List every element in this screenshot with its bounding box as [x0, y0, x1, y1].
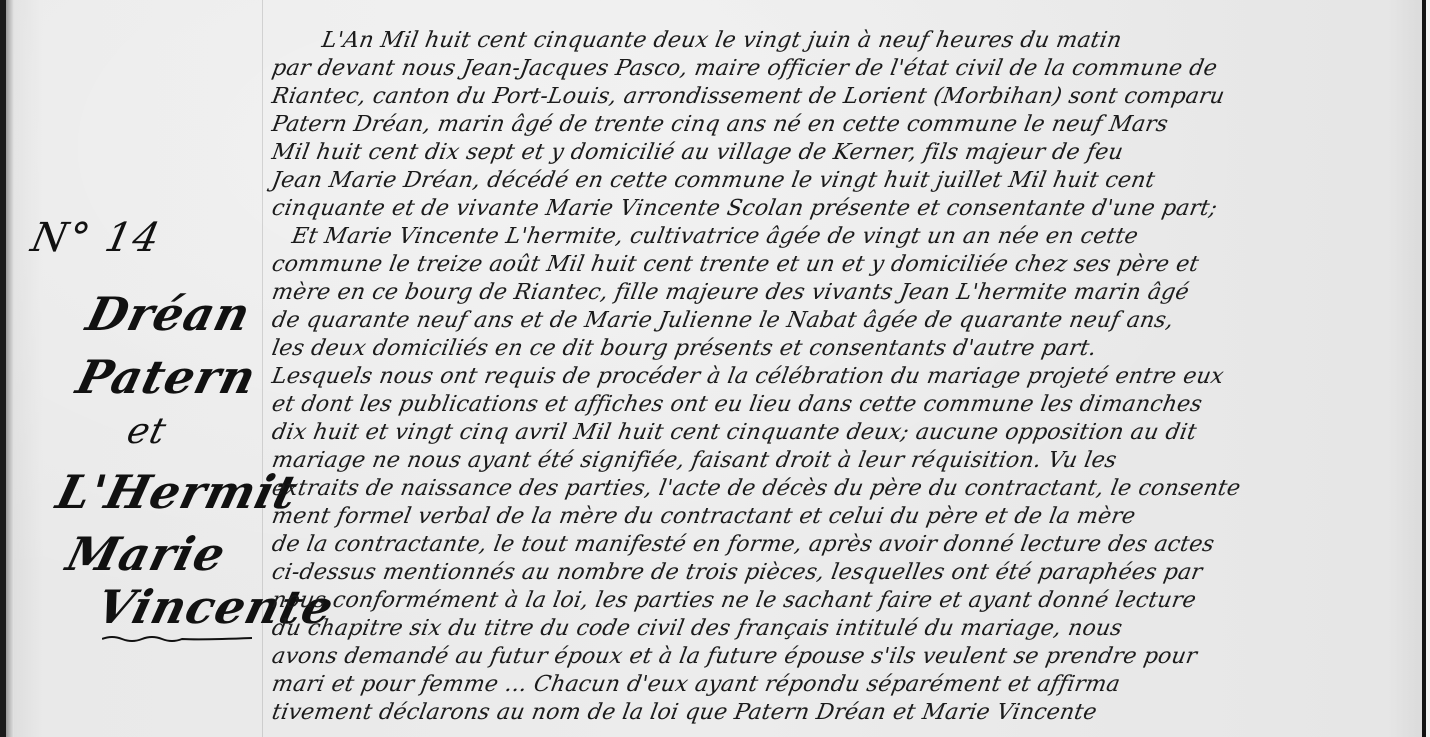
margin-firstname-groom: Patern [71, 350, 262, 404]
body-line: et dont les publications et affiches ont… [270, 392, 1204, 417]
body-line: cinquante et de vivante Marie Vincente S… [270, 196, 1219, 221]
margin-surname-bride: L'Hermit [51, 465, 303, 519]
act-number: N° 14 [27, 215, 165, 261]
body-line: L'An Mil huit cent cinquante deux le vin… [320, 28, 1124, 53]
margin-conjunction: et [123, 411, 171, 452]
body-line: mère en ce bourg de Riantec, fille majeu… [270, 280, 1191, 305]
body-line: de la contractante, le tout manifesté en… [270, 532, 1216, 557]
body-line: extraits de naissance des parties, l'act… [270, 476, 1242, 501]
binding-shadow [6, 0, 14, 737]
body-line: Patern Dréan, marin âgé de trente cinq a… [270, 112, 1170, 137]
body-line: Riantec, canton du Port-Louis, arrondiss… [270, 84, 1226, 109]
body-line: Et Marie Vincente L'hermite, cultivatric… [290, 224, 1140, 249]
body-line: dix huit et vingt cinq avril Mil huit ce… [270, 420, 1198, 445]
body-line: du chapitre six du titre du code civil d… [270, 616, 1124, 641]
body-line: par devant nous Jean-Jacques Pasco, mair… [270, 56, 1219, 81]
body-line: Lesquels nous ont requis de procéder à l… [270, 364, 1226, 389]
body-line: Mil huit cent dix sept et y domicilié au… [270, 140, 1125, 165]
body-line: de quarante neuf ans et de Marie Julienn… [270, 308, 1175, 333]
body-line: ment formel verbal de la mère du contrac… [270, 504, 1138, 529]
body-line: les deux domiciliés en ce dit bourg prés… [270, 336, 1098, 361]
body-line: avons demandé au futur époux et à la fut… [270, 644, 1199, 669]
body-line: mariage ne nous ayant été signifiée, fai… [270, 448, 1119, 473]
flourish-underline [102, 635, 252, 643]
body-line: commune le treize août Mil huit cent tre… [270, 252, 1201, 277]
margin-firstname-bride: Marie [61, 527, 231, 581]
register-page: N° 14 Dréan Patern et L'Hermit Marie Vin… [0, 0, 1430, 737]
body-line: mari et pour femme ... Chacun d'eux ayan… [270, 672, 1122, 697]
body-line: Jean Marie Dréan, décédé en cette commun… [270, 168, 1157, 193]
margin-surname-groom: Dréan [81, 287, 256, 341]
body-line: nous conformément à la loi, les parties … [270, 588, 1198, 613]
body-line: ci-dessus mentionnés au nombre de trois … [270, 560, 1204, 585]
body-line: tivement déclarons au nom de la loi que … [270, 700, 1099, 725]
right-page-edge [1426, 0, 1430, 737]
